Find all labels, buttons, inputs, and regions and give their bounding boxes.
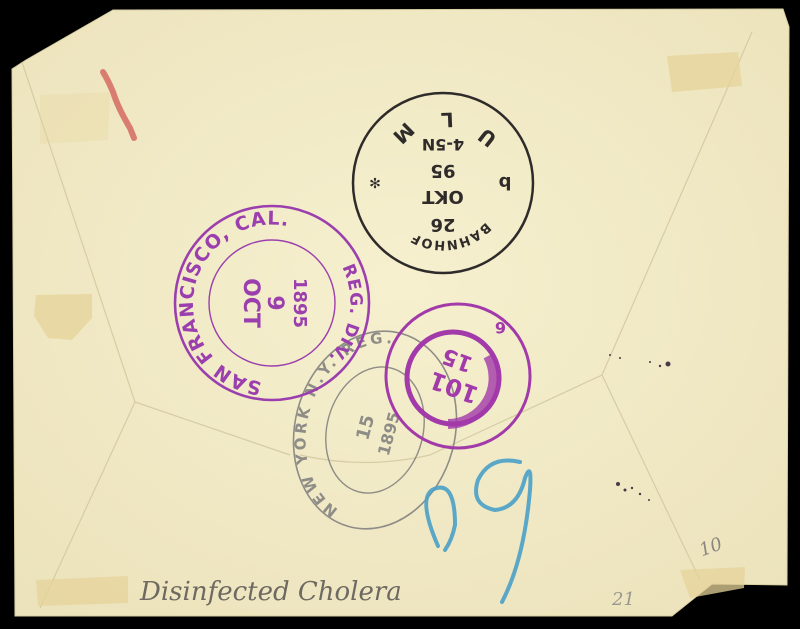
svg-text:4-5N: 4-5N bbox=[422, 135, 464, 154]
svg-text:9: 9 bbox=[262, 295, 287, 310]
envelope-back: U L M BAHNHOF 26 OKT 95 4-5N b ✻ NEW YOR… bbox=[0, 0, 800, 629]
pencil-corner-b: 21 bbox=[611, 589, 635, 610]
pencil-note: Disinfected Cholera bbox=[139, 577, 402, 607]
star-ornament-icon: ✻ bbox=[369, 174, 381, 189]
svg-text:6: 6 bbox=[495, 318, 506, 337]
svg-text:OCT: OCT bbox=[238, 278, 263, 328]
svg-text:OKT: OKT bbox=[422, 186, 464, 207]
svg-text:95: 95 bbox=[430, 160, 455, 181]
envelope-paper bbox=[12, 9, 789, 616]
cover-photo: U L M BAHNHOF 26 OKT 95 4-5N b ✻ NEW YOR… bbox=[0, 0, 800, 629]
svg-text:b: b bbox=[498, 172, 511, 193]
svg-text:26: 26 bbox=[430, 214, 455, 235]
svg-text:1895: 1895 bbox=[289, 278, 310, 328]
